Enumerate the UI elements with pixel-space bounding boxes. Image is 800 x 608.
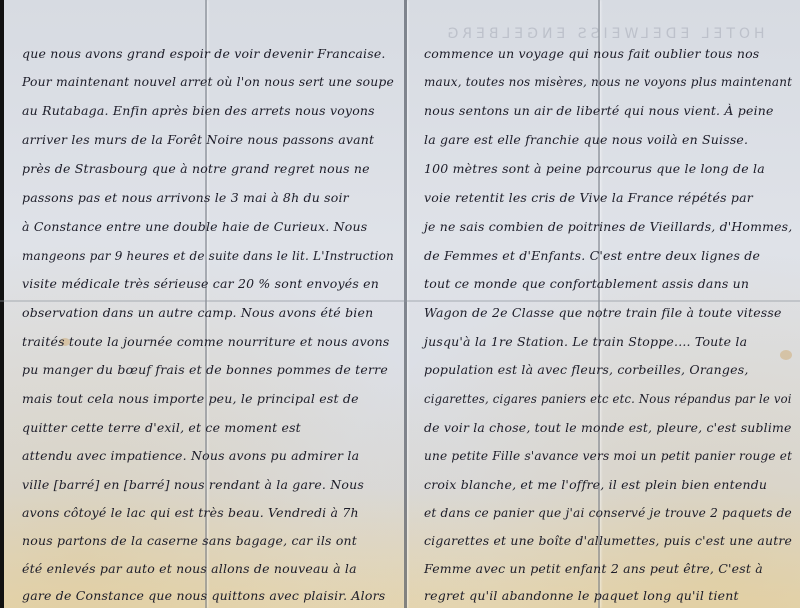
text-line: arriver les murs de la Forêt Noire nous …: [22, 132, 374, 147]
text-line: ville [barré] en [barré] nous rendant à …: [22, 477, 364, 492]
text-line: près de Strasbourg que à notre grand reg…: [22, 161, 370, 176]
text-line: attendu avec impatience. Nous avons pu a…: [22, 448, 359, 463]
text-line: cigarettes, cigares paniers etc etc. Nou…: [424, 391, 792, 406]
text-line: à Constance entre une double haie de Cur…: [22, 219, 367, 234]
text-line: nous sentons un air de liberté qui nous …: [424, 103, 774, 118]
text-line: commence un voyage qui nous fait oublier…: [424, 46, 759, 61]
text-line: de voir la chose, tout le monde est, ple…: [424, 420, 792, 435]
text-line: observation dans un autre camp. Nous avo…: [22, 305, 373, 320]
page-gutter: [404, 0, 407, 608]
text-line: au Rutabaga. Enfin après bien des arrets…: [22, 103, 375, 118]
text-line: nous partons de la caserne sans bagage, …: [22, 533, 357, 548]
text-line: maux, toutes nos misères, nous ne voyons…: [424, 74, 792, 89]
text-line: de Femmes et d'Enfants. C'est entre deux…: [424, 248, 760, 263]
text-line: passons pas et nous arrivons le 3 mai à …: [22, 190, 349, 205]
text-line: la gare est elle franchie que nous voilà…: [424, 132, 748, 147]
text-line: cigarettes et une boîte d'allumettes, pu…: [424, 533, 792, 548]
text-line: 100 mètres sont à peine parcourus que le…: [424, 161, 765, 176]
text-line: Femme avec un petit enfant 2 ans peut êt…: [424, 561, 763, 576]
text-line: et dans ce panier que j'ai conservé je t…: [424, 505, 792, 520]
text-line: que nous avons grand espoir de voir deve…: [22, 46, 386, 61]
text-line: mangeons par 9 heures et de suite dans l…: [22, 248, 394, 263]
text-line: avons côtoyé le lac qui est très beau. V…: [22, 505, 359, 520]
text-line: croix blanche, et me l'offre, il est ple…: [424, 477, 767, 492]
text-line: été enlevés par auto et nous allons de n…: [22, 561, 357, 576]
text-line: quitter cette terre d'exil, et ce moment…: [22, 420, 301, 435]
left-page: que nous avons grand espoir de voir deve…: [8, 0, 400, 608]
text-line: pu manger du bœuf frais et de bonnes pom…: [22, 362, 388, 377]
text-line: mais tout cela nous importe peu, le prin…: [22, 391, 359, 406]
text-line: Pour maintenant nouvel arret où l'on nou…: [22, 74, 394, 89]
right-page: HOTEL EDELWEISS ENGELBERG commence un vo…: [410, 0, 798, 608]
text-line: voie retentit les cris de Vive la France…: [424, 190, 753, 205]
text-line: visite médicale très sérieuse car 20 % s…: [22, 276, 379, 291]
text-line: je ne sais combien de poitrines de Vieil…: [424, 219, 792, 234]
letter-scan: que nous avons grand espoir de voir deve…: [0, 0, 800, 608]
text-line: tout ce monde que confortablement assis …: [424, 276, 749, 291]
scan-edge: [0, 0, 4, 608]
text-line: regret qu'il abandonne le paquet long qu…: [424, 588, 739, 603]
text-line: population est là avec fleurs, corbeille…: [424, 362, 749, 377]
text-line: gare de Constance que nous quittons avec…: [22, 588, 385, 603]
text-line: Wagon de 2e Classe que notre train file …: [424, 305, 782, 320]
text-line: une petite Fille s'avance vers moi un pe…: [424, 448, 792, 463]
text-line: jusqu'à la 1re Station. Le train Stoppe.…: [424, 334, 747, 349]
letterhead-show-through: HOTEL EDELWEISS ENGELBERG: [410, 26, 798, 42]
text-line: traités toute la journée comme nourritur…: [22, 334, 389, 349]
